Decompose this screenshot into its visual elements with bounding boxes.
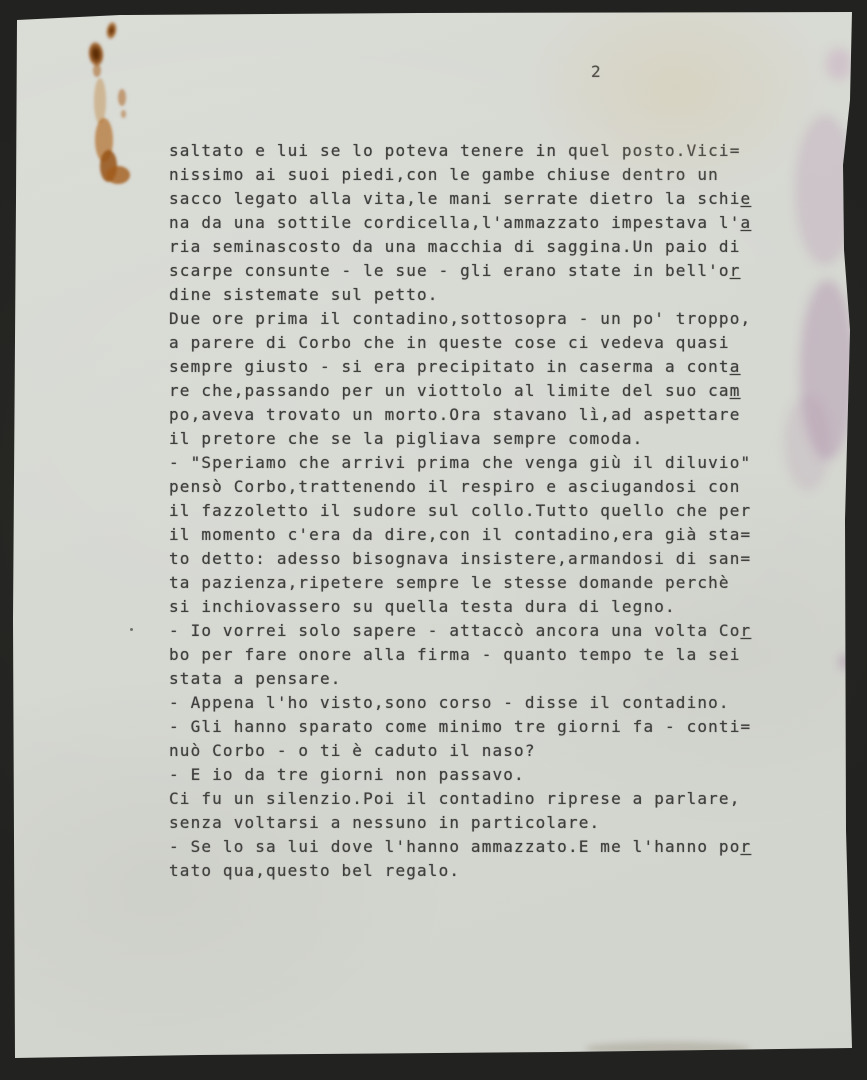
text-line: a parere di Corbo che in queste cose ci … [169, 331, 751, 355]
text-line: Due ore prima il contadino,sottosopra - … [169, 307, 751, 331]
underlined-char: a [730, 357, 741, 376]
purple-stain-blob [800, 280, 855, 460]
page-number: 2 [591, 62, 602, 81]
text-line: sempre giusto - si era precipitato in ca… [169, 355, 751, 379]
text-line: pensò Corbo,trattenendo il respiro e asc… [169, 475, 751, 499]
underlined-char: r [741, 621, 752, 640]
underlined-char: a [741, 213, 752, 232]
text-line: si inchiovassero su quella testa dura di… [169, 595, 751, 619]
text-line: tato qua,questo bel regalo. [169, 859, 751, 883]
text-line: nuò Corbo - o ti è caduto il naso? [169, 739, 751, 763]
purple-stain-blob [826, 48, 852, 80]
text-line: dine sistemate sul petto. [169, 283, 751, 307]
text-line: - Se lo sa lui dove l'hanno ammazzato.E … [169, 835, 751, 859]
document-page: 2 saltato e lui se lo poteva tenere in q… [0, 0, 867, 1080]
text-line: bo per fare onore alla firma - quanto te… [169, 643, 751, 667]
text-line: ta pazienza,ripetere sempre le stesse do… [169, 571, 751, 595]
text-line: re che,passando per un viottolo al limit… [169, 379, 751, 403]
text-line: - Io vorrei solo sapere - attaccò ancora… [169, 619, 751, 643]
text-line: il pretore che se la pigliava sempre com… [169, 427, 751, 451]
rust-stain-blob [118, 89, 126, 106]
text-line: - Gli hanno sparato come minimo tre gior… [169, 715, 751, 739]
text-line: Ci fu un silenzio.Poi il contadino ripre… [169, 787, 751, 811]
text-line: scarpe consunte - le sue - gli erano sta… [169, 259, 751, 283]
text-line: il momento c'era da dire,con il contadin… [169, 523, 751, 547]
underlined-char: r [741, 837, 752, 856]
text-line: - "Speriamo che arrivi prima che venga g… [169, 451, 751, 475]
purple-stain-blob [795, 115, 855, 265]
text-line: to detto: adesso bisognava insistere,arm… [169, 547, 751, 571]
rust-stain-blob [121, 110, 126, 118]
text-line: saltato e lui se lo poteva tenere in que… [169, 139, 751, 163]
text-line: na da una sottile cordicella,l'ammazzato… [169, 211, 751, 235]
rust-stain-blob [106, 166, 130, 184]
purple-stain-blob [840, 655, 850, 669]
scan-background: 2 saltato e lui se lo poteva tenere in q… [0, 0, 867, 1080]
text-line: sacco legato alla vita,le mani serrate d… [169, 187, 751, 211]
text-line: stata a pensare. [169, 667, 751, 691]
rust-stain-blob [93, 64, 101, 77]
ink-speck [130, 628, 133, 631]
underlined-char: r [730, 261, 741, 280]
text-line: - E io da tre giorni non passavo. [169, 763, 751, 787]
underlined-char: m [730, 381, 741, 400]
rust-stain-blob [104, 20, 118, 41]
text-line: nissimo ai suoi piedi,con le gambe chius… [169, 163, 751, 187]
text-line: - Appena l'ho visto,sono corso - disse i… [169, 691, 751, 715]
purple-stain-blob [785, 395, 830, 490]
text-line: senza voltarsi a nessuno in particolare. [169, 811, 751, 835]
text-line: ria seminascosto da una macchia di saggi… [169, 235, 751, 259]
typewritten-text: saltato e lui se lo poteva tenere in que… [169, 139, 751, 883]
text-line: po,aveva trovato un morto.Ora stavano lì… [169, 403, 751, 427]
underlined-char: e [741, 189, 752, 208]
text-line: il fazzoletto il sudore sul collo.Tutto … [169, 499, 751, 523]
bottom-smudge [585, 1042, 750, 1055]
